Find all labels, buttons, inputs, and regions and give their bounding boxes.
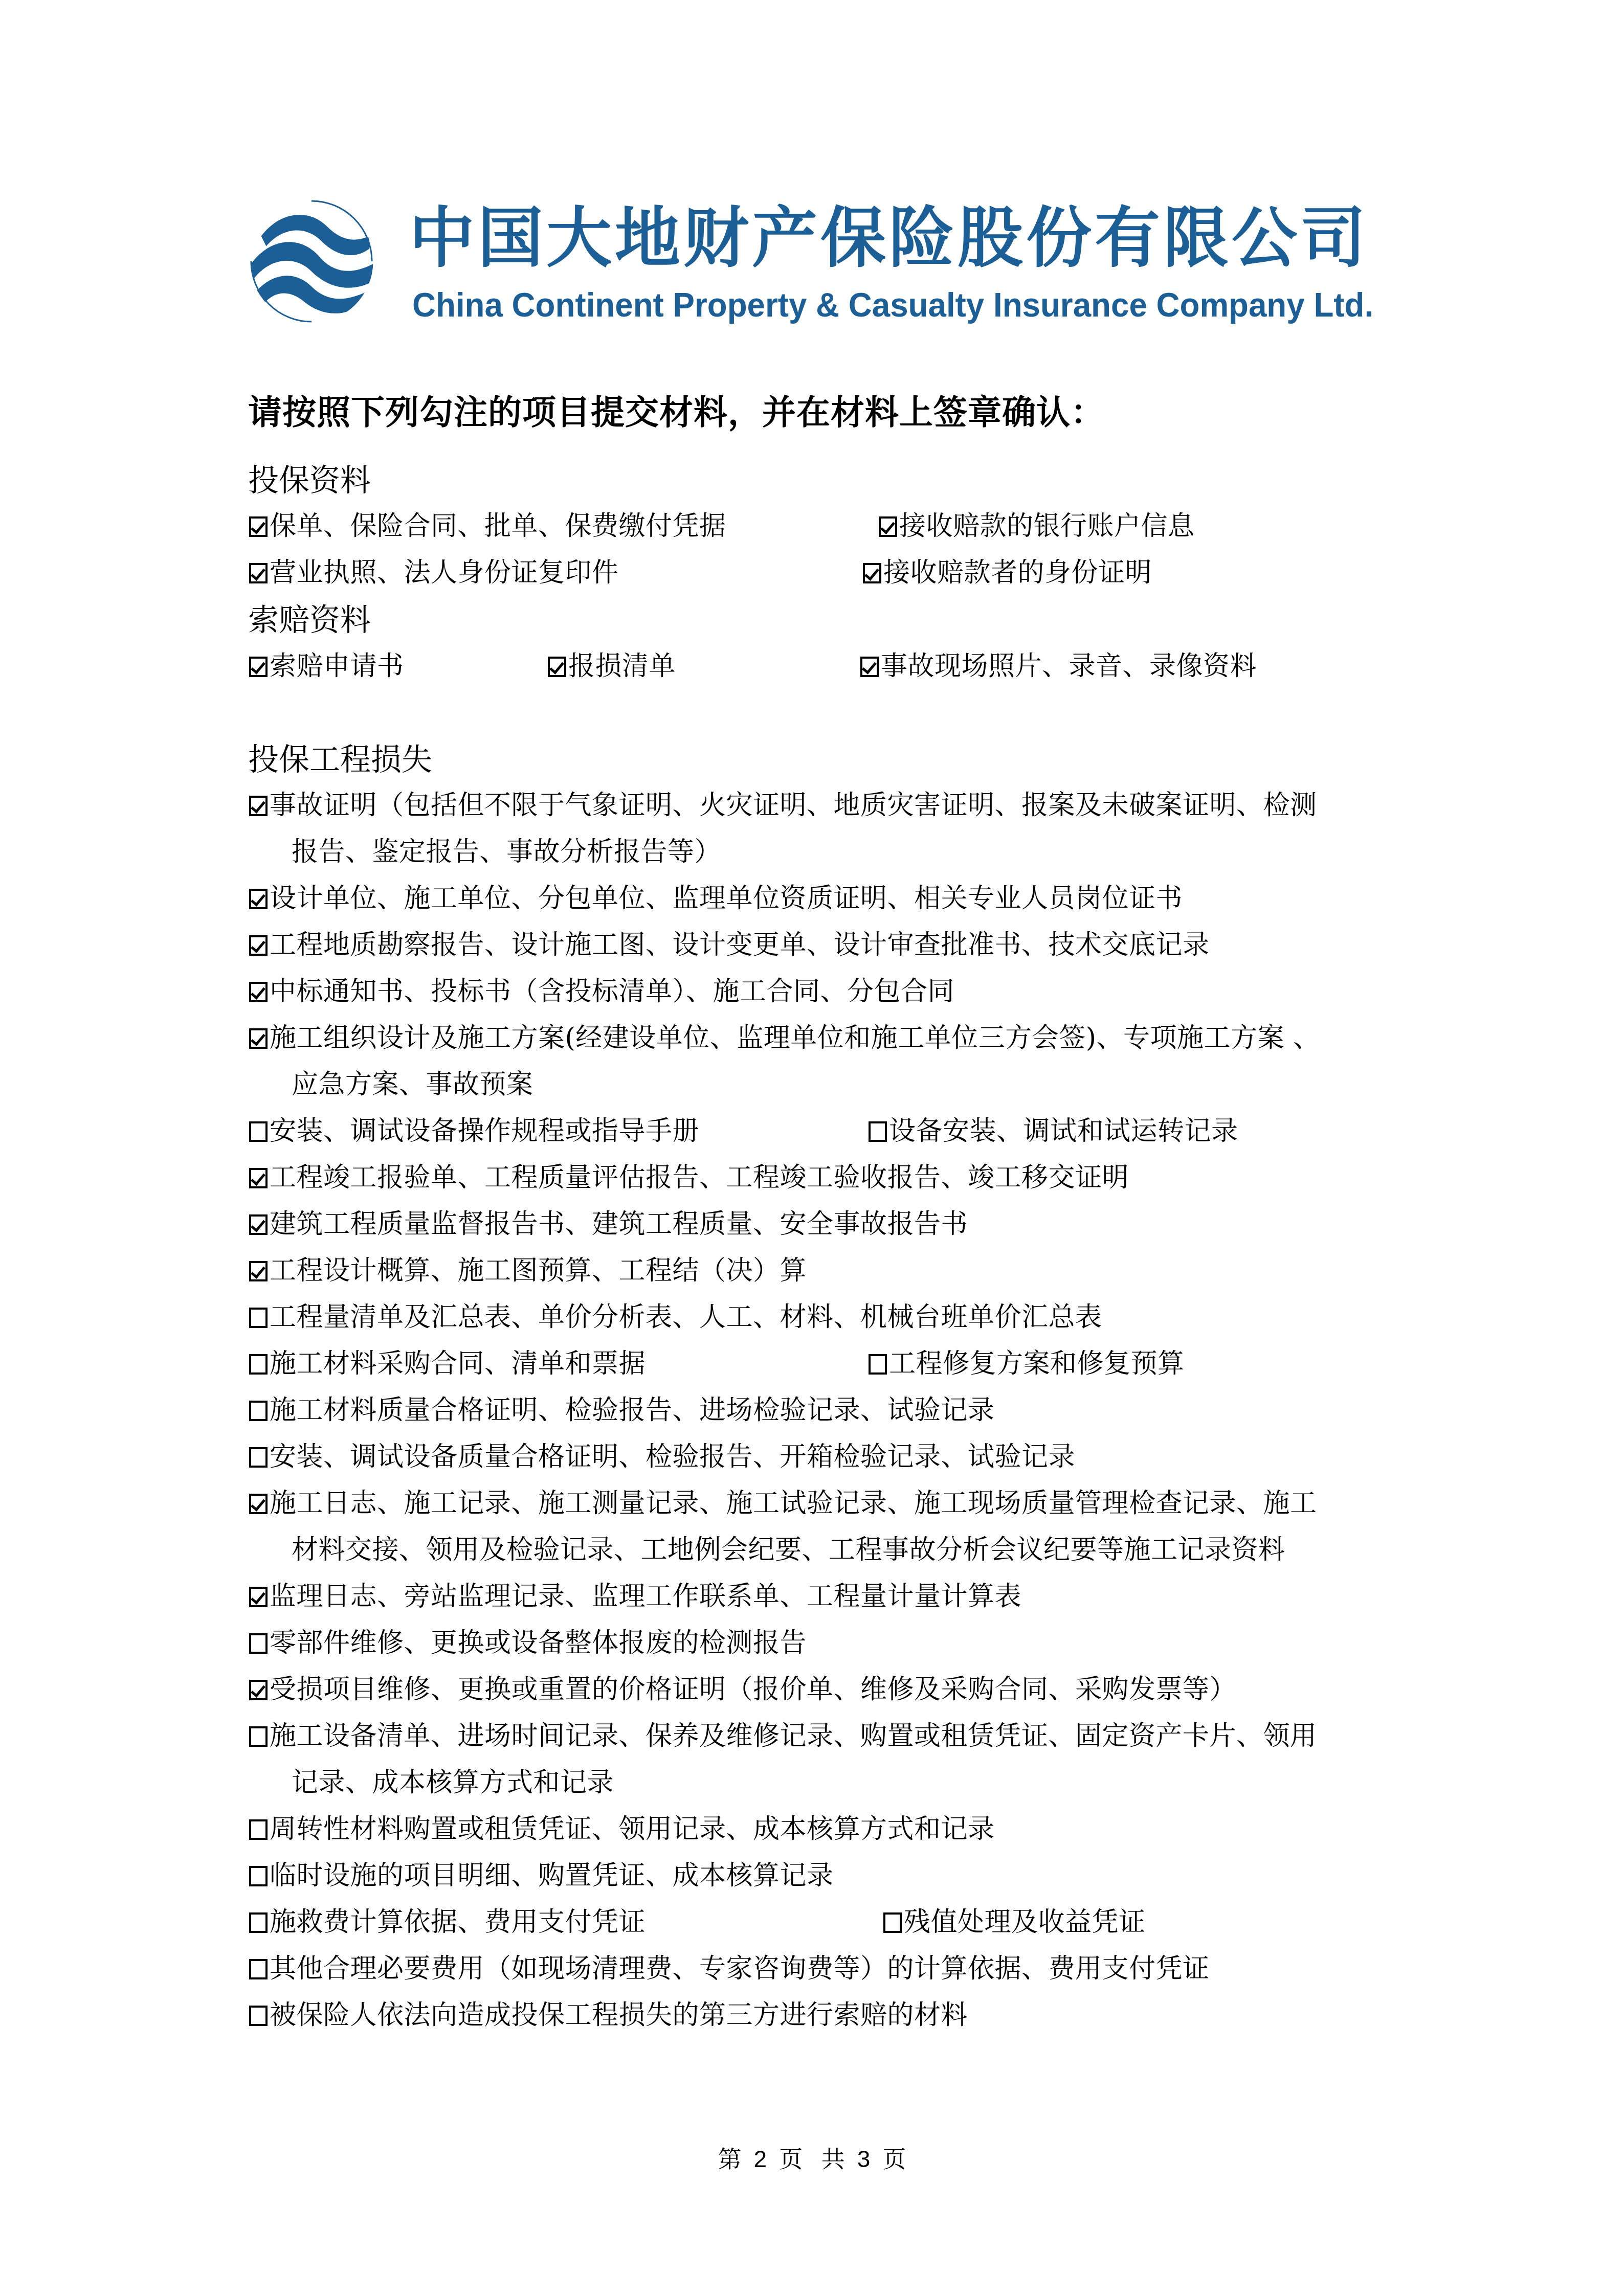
checklist-item[interactable]: 索赔申请书: [249, 648, 404, 684]
checklist-item[interactable]: 设计单位、施工单位、分包单位、监理单位资质证明、相关专业人员岗位证书: [249, 881, 1183, 916]
checklist-item[interactable]: 其他合理必要费用（如现场清理费、专家咨询费等）的计算依据、费用支付凭证: [249, 1951, 1210, 1987]
checklist-item-continuation: 记录、成本核算方式和记录: [292, 1765, 614, 1800]
checkbox-checked-icon[interactable]: [249, 1494, 268, 1514]
checkbox-checked-icon[interactable]: [249, 657, 268, 677]
checkbox-checked-icon[interactable]: [860, 657, 879, 677]
checklist-item[interactable]: 施工材料质量合格证明、检验报告、进场检验记录、试验记录: [249, 1392, 995, 1428]
page-number: 第2页 共3页: [0, 2144, 1624, 2174]
checklist-item[interactable]: 工程竣工报验单、工程质量评估报告、工程竣工验收报告、竣工移交证明: [249, 1160, 1129, 1196]
checkbox-empty-icon[interactable]: [249, 1401, 268, 1421]
checklist-item[interactable]: 接收赔款的银行账户信息: [879, 508, 1195, 544]
checkbox-empty-icon[interactable]: [883, 1912, 902, 1933]
checkbox-checked-icon[interactable]: [249, 1680, 268, 1700]
checklist-item[interactable]: 中标通知书、投标书（含投标清单）、施工合同、分包合同: [249, 974, 954, 1009]
checklist-item-continuation: 应急方案、事故预案: [292, 1067, 533, 1102]
checklist-item[interactable]: 零部件维修、更换或设备整体报废的检测报告: [249, 1625, 807, 1661]
checklist-item[interactable]: 接收赔款者的身份证明: [863, 555, 1152, 591]
checkbox-empty-icon[interactable]: [249, 1447, 268, 1468]
company-name-en: China Continent Property & Casualty Insu…: [412, 284, 1373, 325]
checkbox-checked-icon[interactable]: [249, 563, 268, 583]
checklist-item[interactable]: 施救费计算依据、费用支付凭证: [249, 1904, 646, 1940]
checkbox-checked-icon[interactable]: [548, 657, 566, 677]
checklist-item[interactable]: 事故现场照片、录音、录像资料: [860, 648, 1257, 684]
checkbox-checked-icon[interactable]: [249, 1028, 268, 1049]
checkbox-checked-icon[interactable]: [249, 982, 268, 1002]
company-name-cn: 中国大地财产保险股份有限公司: [409, 200, 1369, 277]
checklist-item[interactable]: 施工材料采购合同、清单和票据: [249, 1346, 646, 1382]
checkbox-checked-icon[interactable]: [249, 1587, 268, 1607]
checklist-item[interactable]: 监理日志、旁站监理记录、监理工作联系单、工程量计量计算表: [249, 1579, 1021, 1614]
checkbox-checked-icon[interactable]: [879, 516, 897, 537]
checkbox-empty-icon[interactable]: [249, 2006, 268, 2026]
checklist-item[interactable]: 保单、保险合同、批单、保费缴付凭据: [249, 508, 726, 544]
checkbox-checked-icon[interactable]: [249, 516, 268, 537]
checkbox-checked-icon[interactable]: [249, 1261, 268, 1281]
wave-globe-logo-icon: [247, 198, 376, 324]
checklist-item[interactable]: 施工设备清单、进场时间记录、保养及维修记录、购置或租赁凭证、固定资产卡片、领用: [249, 1718, 1317, 1754]
checklist-item[interactable]: 受损项目维修、更换或重置的价格证明（报价单、维修及采购合同、采购发票等）: [249, 1672, 1236, 1707]
checkbox-empty-icon[interactable]: [249, 1121, 268, 1142]
checkbox-checked-icon[interactable]: [249, 796, 268, 816]
checkbox-empty-icon[interactable]: [249, 1866, 268, 1886]
checkbox-empty-icon[interactable]: [249, 1912, 268, 1933]
checklist-item[interactable]: 安装、调试设备操作规程或指导手册: [249, 1113, 699, 1149]
checklist-item[interactable]: 施工组织设计及施工方案(经建设单位、监理单位和施工单位三方会签)、专项施工方案 …: [249, 1020, 1320, 1056]
checklist-item[interactable]: 事故证明（包括但不限于气象证明、火灾证明、地质灾害证明、报案及未破案证明、检测: [249, 787, 1317, 823]
checkbox-empty-icon[interactable]: [869, 1121, 887, 1142]
checkbox-empty-icon[interactable]: [249, 1354, 268, 1375]
checkbox-checked-icon[interactable]: [249, 1168, 268, 1188]
checklist-item[interactable]: 周转性材料购置或租赁凭证、领用记录、成本核算方式和记录: [249, 1811, 995, 1847]
checklist-item[interactable]: 工程修复方案和修复预算: [869, 1346, 1185, 1382]
checklist-item[interactable]: 设备安装、调试和试运转记录: [869, 1113, 1238, 1149]
section-title-claim: 索赔资料: [248, 600, 371, 641]
checklist-item[interactable]: 工程量清单及汇总表、单价分析表、人工、材料、机械台班单价汇总表: [249, 1299, 1102, 1335]
checkbox-checked-icon[interactable]: [249, 935, 268, 956]
checklist-item-continuation: 材料交接、领用及检验记录、工地例会纪要、工程事故分析会议纪要等施工记录资料: [292, 1532, 1285, 1568]
section-title-policy: 投保资料: [248, 460, 371, 501]
checkbox-empty-icon[interactable]: [869, 1354, 887, 1375]
checklist-item[interactable]: 营业执照、法人身份证复印件: [249, 555, 619, 591]
checklist-item[interactable]: 工程设计概算、施工图预算、工程结（决）算: [249, 1253, 807, 1289]
checkbox-empty-icon[interactable]: [249, 1819, 268, 1840]
checklist-item[interactable]: 建筑工程质量监督报告书、建筑工程质量、安全事故报告书: [249, 1206, 968, 1242]
instruction-heading: 请按照下列勾注的项目提交材料，并在材料上签章确认：: [248, 390, 1105, 436]
checkbox-checked-icon[interactable]: [249, 1214, 268, 1235]
checklist-item[interactable]: 被保险人依法向造成投保工程损失的第三方进行索赔的材料: [249, 1997, 968, 2033]
checkbox-empty-icon[interactable]: [249, 1959, 268, 1979]
checklist-item[interactable]: 施工日志、施工记录、施工测量记录、施工试验记录、施工现场质量管理检查记录、施工: [249, 1485, 1317, 1521]
checklist-item[interactable]: 残值处理及收益凭证: [883, 1904, 1146, 1940]
checklist-item[interactable]: 临时设施的项目明细、购置凭证、成本核算记录: [249, 1858, 834, 1894]
section-title-project-loss: 投保工程损失: [248, 739, 432, 780]
checkbox-checked-icon[interactable]: [863, 563, 881, 583]
checkbox-empty-icon[interactable]: [249, 1726, 268, 1747]
checklist-item[interactable]: 报损清单: [548, 648, 676, 684]
checklist-item[interactable]: 工程地质勘察报告、设计施工图、设计变更单、设计审查批准书、技术交底记录: [249, 927, 1210, 963]
checkbox-empty-icon[interactable]: [249, 1308, 268, 1328]
checkbox-empty-icon[interactable]: [249, 1633, 268, 1654]
checklist-item[interactable]: 安装、调试设备质量合格证明、检验报告、开箱检验记录、试验记录: [249, 1439, 1075, 1475]
checklist-item-continuation: 报告、鉴定报告、事故分析报告等）: [292, 834, 721, 870]
checkbox-checked-icon[interactable]: [249, 889, 268, 909]
